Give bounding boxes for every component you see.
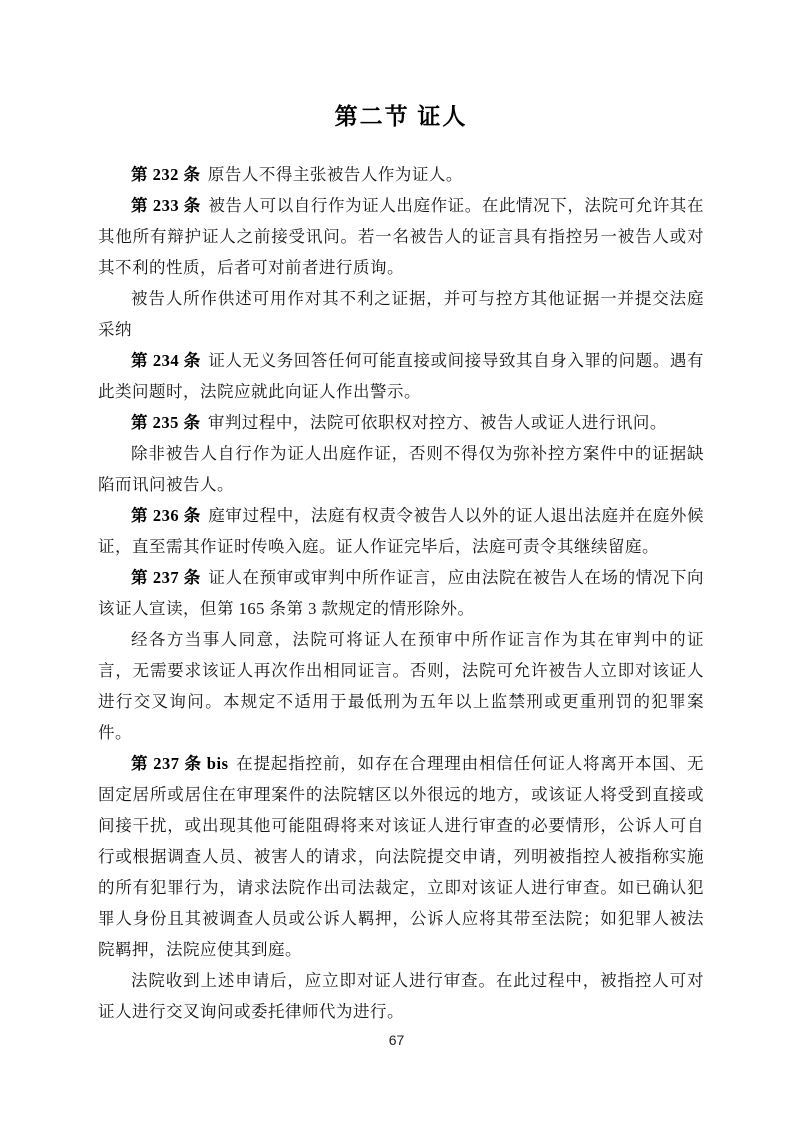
paragraph: 法院收到上述申请后，应立即对证人进行审查。在此过程中，被指控人可对证人进行交叉询… — [98, 965, 704, 1027]
paragraph: 第 233 条被告人可以自行作为证人出庭作证。在此情况下，法院可允许其在其他所有… — [98, 190, 704, 283]
paragraph: 第 236 条庭审过程中，法庭有权责令被告人以外的证人退出法庭并在庭外候证，直至… — [98, 500, 704, 562]
article-number: 第 235 条 — [131, 413, 201, 432]
article-number: 第 237 条 — [131, 568, 201, 587]
document-page: 第二节 证人 第 232 条原告人不得主张被告人作为证人。第 233 条被告人可… — [0, 0, 793, 1122]
article-number: 第 233 条 — [131, 196, 201, 215]
article-number: 第 234 条 — [131, 351, 201, 370]
paragraph: 第 234 条证人无义务回答任何可能直接或间接导致其自身入罪的问题。遇有此类问题… — [98, 345, 704, 407]
paragraph: 第 237 条证人在预审或审判中所作证言，应由法院在被告人在场的情况下向该证人宣… — [98, 562, 704, 624]
paragraph: 第 235 条审判过程中，法院可依职权对控方、被告人或证人进行讯问。 — [98, 407, 704, 438]
paragraph: 经各方当事人同意，法院可将证人在预审中所作证言作为其在审判中的证言，无需要求该证… — [98, 624, 704, 748]
paragraph: 第 232 条原告人不得主张被告人作为证人。 — [98, 159, 704, 190]
article-number: 第 236 条 — [131, 506, 201, 525]
paragraph: 被告人所作供述可用作对其不利之证据，并可与控方其他证据一并提交法庭采纳 — [98, 283, 704, 345]
paragraph: 第 237 条 bis在提起指控前，如存在合理理由相信任何证人将离开本国、无固定… — [98, 748, 704, 965]
paragraph: 除非被告人自行作为证人出庭作证，否则不得仅为弥补控方案件中的证据缺陷而讯问被告人… — [98, 438, 704, 500]
article-number: 第 232 条 — [131, 165, 201, 184]
page-number: 67 — [0, 1032, 793, 1048]
document-body: 第 232 条原告人不得主张被告人作为证人。第 233 条被告人可以自行作为证人… — [98, 159, 704, 1027]
document-content: 第二节 证人 第 232 条原告人不得主张被告人作为证人。第 233 条被告人可… — [98, 98, 704, 1027]
article-number: 第 237 条 bis — [131, 754, 229, 773]
section-title: 第二节 证人 — [98, 98, 704, 131]
